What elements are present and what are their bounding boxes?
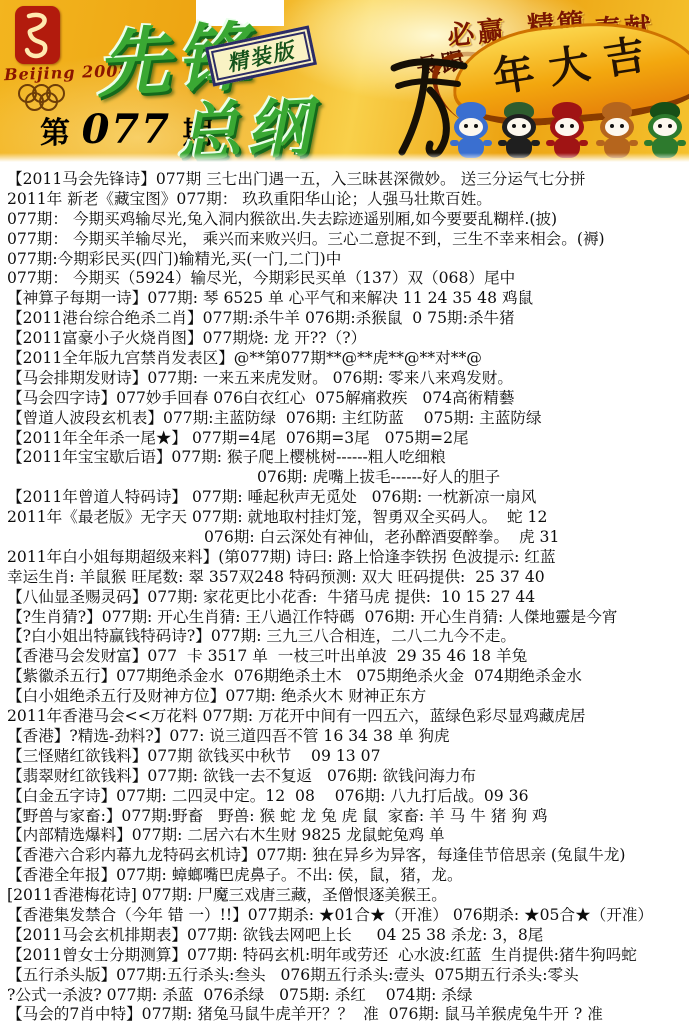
text-line: 【马会的7肖中特】077期: 猪兔马鼠牛虎羊开？？ 准 076期: 鼠马羊猴虎兔… xyxy=(7,1005,689,1025)
mascot-eye xyxy=(620,124,624,128)
text-line: 2011年香港马会<<万花料 077期: 万花开中间有一四五六，蓝绿色彩尽显鸡藏… xyxy=(7,707,689,727)
text-line: 【八仙显圣赐灵码】077期: 家花更比小花香: 牛猪马虎 提供: 10 15 2… xyxy=(7,588,689,608)
header-banner: Beijing 2008 第 077 期 先锋 总纲 精装版 必赢 精簡 奉献 … xyxy=(0,0,689,162)
text-line: 【2011曾女士分期测算】077期: 特码玄机:明年或劳还 心水波:红蓝 生肖提… xyxy=(7,946,689,966)
text-line: 【白金五字诗】077期: 二四灵中定。12 08 076期: 八九打后战。09 … xyxy=(7,787,689,807)
text-line: 【香港马会发财富】077 卡 3517 单 一枝三叶出单波 29 35 46 1… xyxy=(7,647,689,667)
mascot-eye xyxy=(522,124,526,128)
text-line: 077期： 今期买羊输尽光， 乘兴而来败兴归。三心二意捉不到，三生不幸来相会。(… xyxy=(7,230,689,250)
text-line: ?公式一杀波? 077期: 杀蓝 076杀绿 075期: 杀红 074期: 杀绿 xyxy=(7,986,689,1006)
mascot-eye xyxy=(464,124,468,128)
mascot-eye xyxy=(668,124,672,128)
text-line: 【紫徽杀五行】077期绝杀金水 076期绝杀土木 075期绝杀火金 074期绝杀… xyxy=(7,667,689,687)
text-line: 【2011年曾道人特码诗】 077期: 唾起秋声无觅处 076期: 一枕新凉一扇… xyxy=(7,488,689,508)
text-line: 【?白小姐出特赢钱特码诗?】077期: 三九三八合相连，二八二九今不走。 xyxy=(7,627,689,647)
text-line: 【野兽与家畜:】077期:野畜 野兽: 猴 蛇 龙 兔 虎 鼠 家畜: 羊 马 … xyxy=(7,807,689,827)
masthead-title-bottom: 总纲 xyxy=(174,76,319,162)
text-line: 幸运生肖: 羊鼠猴 旺尾数: 翠 357双248 特码预测: 双大 旺码提供: … xyxy=(7,568,689,588)
mascot-arm xyxy=(531,140,540,146)
mascot-arm xyxy=(629,140,638,146)
mascot-eye xyxy=(512,124,516,128)
text-line: 【香港集发禁合（今年 错 一）!!】077期杀: ★01合★（开准） 076期杀… xyxy=(7,906,689,926)
text-line: 2011年《最老版》无字天 077期: 就地取村挂灯笼，智勇双全买码人。 蛇 1… xyxy=(7,508,689,528)
mascot-face xyxy=(507,118,531,136)
mascot-arm xyxy=(579,140,588,146)
issue-prefix: 第 xyxy=(40,116,70,151)
fuwa-mascot-blue xyxy=(450,106,492,160)
dancing-figure-glyph xyxy=(15,6,60,64)
text-line: 【香港】?精选-劲料?】077: 说三道四吾不管 16 34 38 单 狗虎 xyxy=(7,727,689,747)
fuwa-mascot-green xyxy=(644,106,686,160)
text-line: 【马会排期发财诗】077期: 一来五来虎发财。 076期: 零来八来鸡发财。 xyxy=(7,369,689,389)
text-line: 【五行杀头版】077期:五行杀头:叁头 076期五行杀头:壹头 075期五行杀头… xyxy=(7,966,689,986)
text-line: 076期: 白云深处有神仙，老孙醉酒耍醉拳。 虎 31 xyxy=(7,528,689,548)
text-line: 076期: 虎嘴上拔毛------好人的胆子 xyxy=(7,468,689,488)
fuwa-mascot-red xyxy=(546,106,588,160)
mascot-eye xyxy=(570,124,574,128)
text-line: 【2011全年版九宫禁肖发表区】@**第077期**@**虎**@**对**@ xyxy=(7,349,689,369)
text-line: 【2011富豪小子火烧肖图】077期烧: 龙 开??（?） xyxy=(7,329,689,349)
beijing-2008-emblem-icon xyxy=(15,6,60,64)
text-line: 【翡翠财红欲钱料】077期: 欲钱一去不复返 076期: 欲钱问海力布 xyxy=(7,767,689,787)
header-fade xyxy=(0,153,689,162)
text-line: 【2011马会先锋诗】077期 三七出门遇一五，入三昧甚深微妙。 送三分运气七分… xyxy=(7,170,689,190)
lottery-tip-sheet-page: Beijing 2008 第 077 期 先锋 总纲 精装版 必赢 精簡 奉献 … xyxy=(0,0,689,1027)
mascot-eye xyxy=(560,124,564,128)
text-line: 077期:今期彩民买(四门)输精光,买(一门,二门)中 xyxy=(7,250,689,270)
mascot-arm xyxy=(677,140,686,146)
text-line: 【2011马会玄机排期表】077期: 欲钱去网吧上长 04 25 38 杀龙: … xyxy=(7,926,689,946)
issue-digits: 077 xyxy=(76,106,178,153)
mascot-eye xyxy=(610,124,614,128)
mascot-face xyxy=(459,118,483,136)
mascot-face xyxy=(653,118,677,136)
text-line: 【曾道人波段玄机表】077期:主蓝防绿 076期: 主红防蓝 075期: 主蓝防… xyxy=(7,409,689,429)
text-line: 【白小姐绝杀五行及财神方位】077期: 绝杀火木 财神正东方 xyxy=(7,687,689,707)
text-line: 【2011年宝宝歇后语】077期: 猴子爬上樱桃树------粗人吃细粮 xyxy=(7,448,689,468)
mascot-face xyxy=(605,118,629,136)
text-line: 【三怪赌红欲钱料】077期 欲钱买中秋节 09 13 07 xyxy=(7,747,689,767)
text-line: 【2011年全年杀一尾★】 077期=4尾 076期=3尾 075期=2尾 xyxy=(7,429,689,449)
text-line: 【马会四字诗】077妙手回春 076白衣红心 075解痛救疾 074高術精藝 xyxy=(7,389,689,409)
text-line: 【香港六合彩内幕九龙特码玄机诗】077期: 独在异乡为异客，每逢佳节倍思亲 (兔… xyxy=(7,846,689,866)
mascot-eye xyxy=(474,124,478,128)
mascot-face xyxy=(555,118,579,136)
text-line: 2011年 新老《藏宝图》077期： 玖玖重阳华山论；人强马壮欺百姓。 xyxy=(7,190,689,210)
text-line: 077期： 今期买鸡输尽光,兔入洞内猴欲出.失去踪迹遥别厢,如今要要乱糊样.(披… xyxy=(7,210,689,230)
fuwa-mascot-orange xyxy=(596,106,638,160)
text-line: 2011年白小姐每期超级来料】(第077期) 诗曰: 路上恰逢李铁拐 色波提示:… xyxy=(7,548,689,568)
text-line: [2011香港梅花诗] 077期: 尸魔三戏唐三藏，圣僧恨逐美猴王。 xyxy=(7,886,689,906)
text-line: 【神算子每期一诗】077期: 琴 6525 单 心平气和来解决 11 24 35… xyxy=(7,289,689,309)
mascot-eye xyxy=(658,124,662,128)
text-line: 【2011港台综合绝杀二肖】077期:杀牛羊 076期:杀猴鼠 0 75期:杀牛… xyxy=(7,309,689,329)
mascot-arm xyxy=(483,140,492,146)
text-line: 077期： 今期买（5924）输尽光，今期彩民买单（137）双（068）尾中 xyxy=(7,269,689,289)
tips-text-body: 【2011马会先锋诗】077期 三七出门遇一五，入三昧甚深微妙。 送三分运气七分… xyxy=(0,164,689,1025)
text-line: 【香港全年报】077期: 蟑螂嘴巴虎鼻子。不出: 侯，鼠，猪，龙。 xyxy=(7,866,689,886)
fuwa-mascot-panda xyxy=(498,106,540,160)
text-line: 【?生肖猜?】077期: 开心生肖猜: 王八過江作特碼 076期: 开心生肖猜:… xyxy=(7,608,689,628)
text-line: 【内部精选爆料】077期: 二居六右木生财 9825 龙鼠蛇兔鸡 单 xyxy=(7,826,689,846)
edition-stamp-label: 精装版 xyxy=(224,34,298,78)
